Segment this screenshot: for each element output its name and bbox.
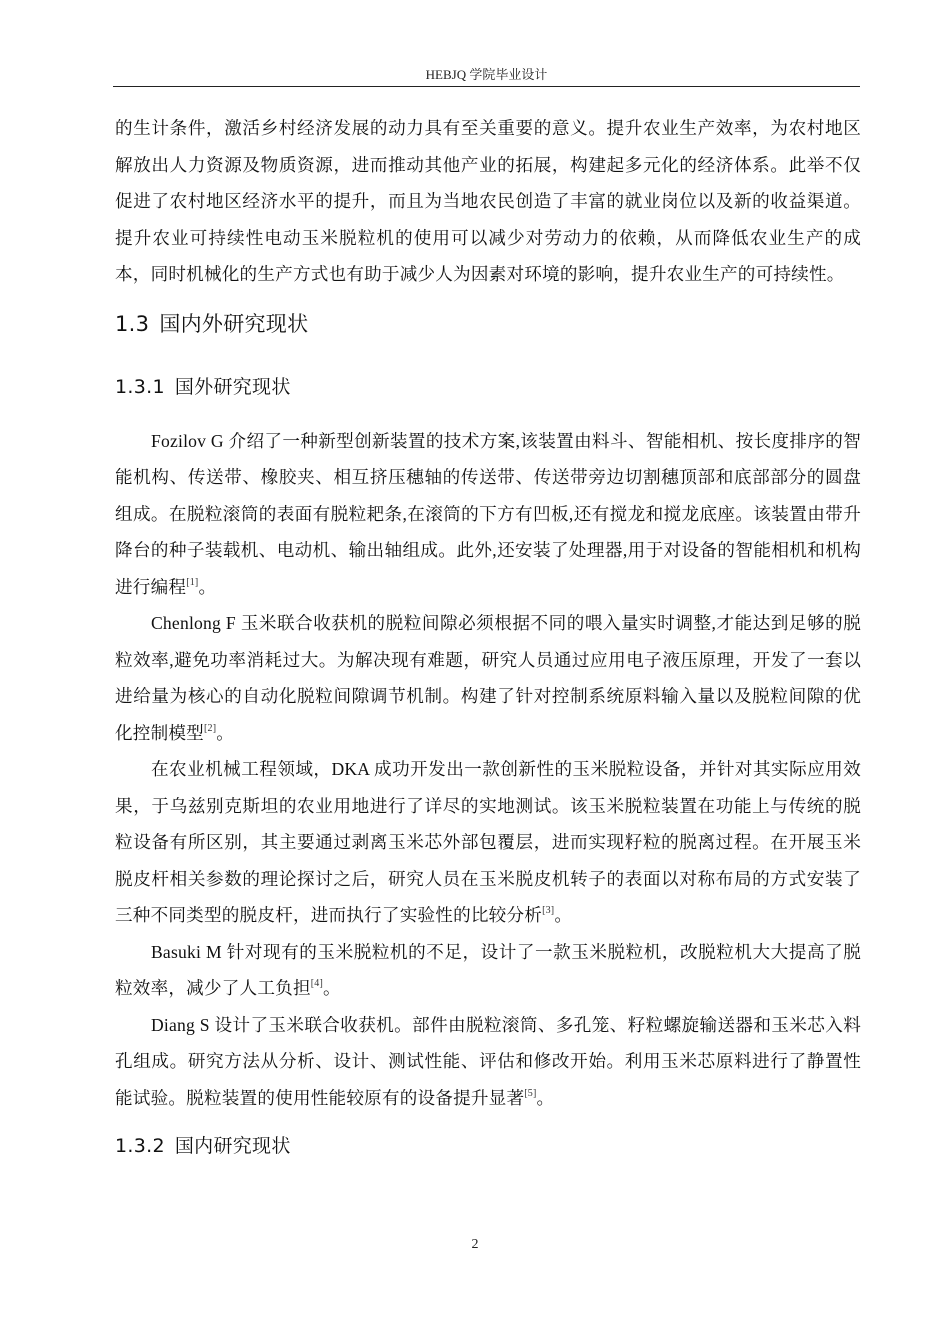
page-body: 的生计条件，激活乡村经济发展的动力具有至关重要的意义。提升农业生产效率，为农村地… [115, 110, 861, 1160]
paragraph-end: 。 [216, 723, 234, 743]
paragraph-end: 。 [323, 978, 341, 998]
section-number: 1.3.1 [115, 376, 165, 398]
paragraph-dka: 在农业机械工程领域，DKA 成功开发出一款创新性的玉米脱粒设备，并针对其实际应用… [115, 751, 861, 934]
header-rule [113, 86, 860, 87]
paragraph-chenlong: Chenlong F 玉米联合收获机的脱粒间隙必须根据不同的喂入量实时调整,才能… [115, 605, 861, 751]
paragraph-text: Diang S 设计了玉米联合收获机。部件由脱粒滚筒、多孔笼、籽粒螺旋输送器和玉… [115, 1015, 861, 1108]
section-heading-1-3: 1.3国内外研究现状 [115, 309, 861, 339]
paragraph-end: 。 [554, 905, 572, 925]
page-number: 2 [0, 1237, 950, 1253]
section-heading-1-3-1: 1.3.1国外研究现状 [115, 373, 861, 401]
paragraph-text: Fozilov G 介绍了一种新型创新装置的技术方案,该装置由料斗、智能相机、按… [115, 431, 861, 597]
citation-ref[interactable]: [2] [204, 723, 216, 734]
foreign-research-paragraphs: Fozilov G 介绍了一种新型创新装置的技术方案,该装置由料斗、智能相机、按… [115, 423, 861, 1117]
paragraph-end: 。 [537, 1088, 555, 1108]
paragraph-end: 。 [198, 577, 216, 597]
paragraph-text: Basuki M 针对现有的玉米脱粒机的不足，设计了一款玉米脱粒机，改脱粒机大大… [115, 942, 861, 999]
document-page: HEBJQ 学院毕业设计 的生计条件，激活乡村经济发展的动力具有至关重要的意义。… [0, 0, 950, 1344]
paragraph-fozilov: Fozilov G 介绍了一种新型创新装置的技术方案,该装置由料斗、智能相机、按… [115, 423, 861, 606]
section-title: 国内外研究现状 [159, 312, 308, 336]
section-number: 1.3.2 [115, 1135, 165, 1157]
intro-paragraph: 的生计条件，激活乡村经济发展的动力具有至关重要的意义。提升农业生产效率，为农村地… [115, 110, 861, 293]
section-title: 国内研究现状 [175, 1135, 291, 1157]
section-number: 1.3 [115, 312, 149, 336]
paragraph-basuki: Basuki M 针对现有的玉米脱粒机的不足，设计了一款玉米脱粒机，改脱粒机大大… [115, 934, 861, 1007]
paragraph-text: 在农业机械工程领域，DKA 成功开发出一款创新性的玉米脱粒设备，并针对其实际应用… [115, 759, 861, 925]
section-title: 国外研究现状 [175, 376, 291, 398]
citation-ref[interactable]: [5] [524, 1088, 536, 1099]
paragraph-diang: Diang S 设计了玉米联合收获机。部件由脱粒滚筒、多孔笼、籽粒螺旋输送器和玉… [115, 1007, 861, 1117]
running-header: HEBJQ 学院毕业设计 [113, 66, 860, 84]
citation-ref[interactable]: [4] [311, 978, 323, 989]
section-heading-1-3-2: 1.3.2国内研究现状 [115, 1132, 861, 1160]
citation-ref[interactable]: [3] [542, 905, 554, 916]
citation-ref[interactable]: [1] [186, 577, 198, 588]
